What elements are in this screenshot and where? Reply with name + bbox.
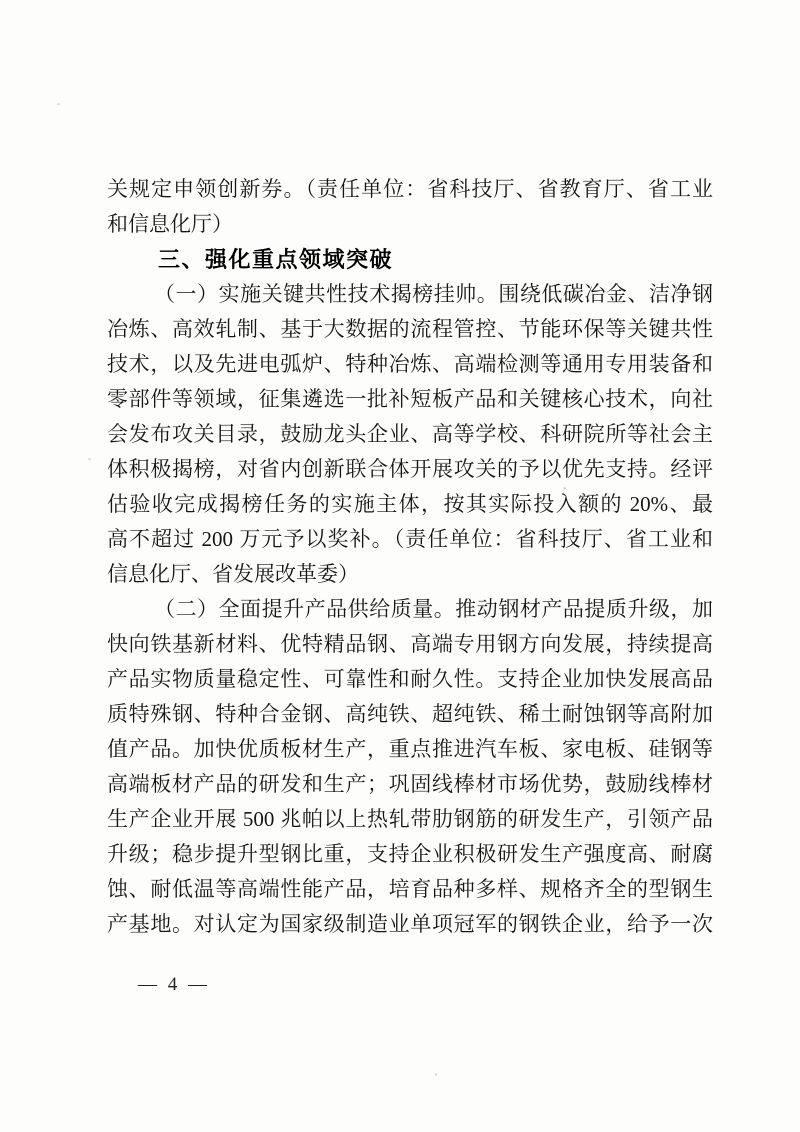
scan-speck	[57, 103, 60, 105]
text-line: 升级；稳步提升型钢比重，支持企业积极研发生产强度高、耐腐	[107, 837, 713, 872]
paragraph-2: （二）全面提升产品供给质量。推动钢材产品提质升级，加快向铁基新材料、优特精品钢、…	[107, 592, 713, 942]
text-line: 关规定申领创新券。（责任单位：省科技厅、省教育厅、省工业	[107, 172, 713, 207]
scan-speck	[435, 1073, 437, 1076]
text-line: （一）实施关键共性技术揭榜挂帅。围绕低碳冶金、洁净钢	[107, 277, 713, 312]
text-line: 高不超过 200 万元予以奖补。（责任单位：省科技厅、省工业和	[107, 522, 713, 557]
document-body: 关规定申领创新券。（责任单位：省科技厅、省教育厅、省工业和信息化厅） 三、强化重…	[107, 172, 713, 942]
text-line: 零部件等领域，征集遴选一批补短板产品和关键核心技术，向社	[107, 382, 713, 417]
text-line: 快向铁基新材料、优特精品钢、高端专用钢方向发展，持续提高	[107, 627, 713, 662]
text-line: 和信息化厅）	[107, 207, 713, 242]
text-line: 技术，以及先进电弧炉、特种冶炼、高端检测等通用专用装备和	[107, 347, 713, 382]
text-line: 质特殊钢、特种合金钢、高纯铁、超纯铁、稀土耐蚀钢等高附加	[107, 697, 713, 732]
text-line: 冶炼、高效轧制、基于大数据的流程管控、节能环保等关键共性	[107, 312, 713, 347]
text-line: 蚀、耐低温等高端性能产品，培育品种多样、规格齐全的型钢生	[107, 872, 713, 907]
page-number: — 4 —	[138, 974, 210, 996]
text-line: （二）全面提升产品供给质量。推动钢材产品提质升级，加	[107, 592, 713, 627]
continuation-paragraph: 关规定申领创新券。（责任单位：省科技厅、省教育厅、省工业和信息化厅）	[107, 172, 713, 242]
text-line: 值产品。加快优质板材生产，重点推进汽车板、家电板、硅钢等	[107, 732, 713, 767]
text-line: 产基地。对认定为国家级制造业单项冠军的钢铁企业，给予一次	[107, 907, 713, 942]
text-line: 体积极揭榜，对省内创新联合体开展攻关的予以优先支持。经评	[107, 452, 713, 487]
text-line: 生产企业开展 500 兆帕以上热轧带肋钢筋的研发生产，引领产品	[107, 802, 713, 837]
text-line: 产品实物质量稳定性、可靠性和耐久性。支持企业加快发展高品	[107, 662, 713, 697]
text-line: 信息化厅、省发展改革委）	[107, 557, 713, 592]
document-page: 关规定申领创新券。（责任单位：省科技厅、省教育厅、省工业和信息化厅） 三、强化重…	[0, 0, 800, 1132]
text-line: 会发布攻关目录，鼓励龙头企业、高等学校、科研院所等社会主	[107, 417, 713, 452]
text-line: 高端板材产品的研发和生产；巩固线棒材市场优势，鼓励线棒材	[107, 767, 713, 802]
paragraph-1: （一）实施关键共性技术揭榜挂帅。围绕低碳冶金、洁净钢冶炼、高效轧制、基于大数据的…	[107, 277, 713, 592]
section-heading: 三、强化重点领域突破	[107, 242, 713, 277]
text-line: 估验收完成揭榜任务的实施主体，按其实际投入额的 20%、最	[107, 487, 713, 522]
scan-speck	[88, 458, 91, 460]
